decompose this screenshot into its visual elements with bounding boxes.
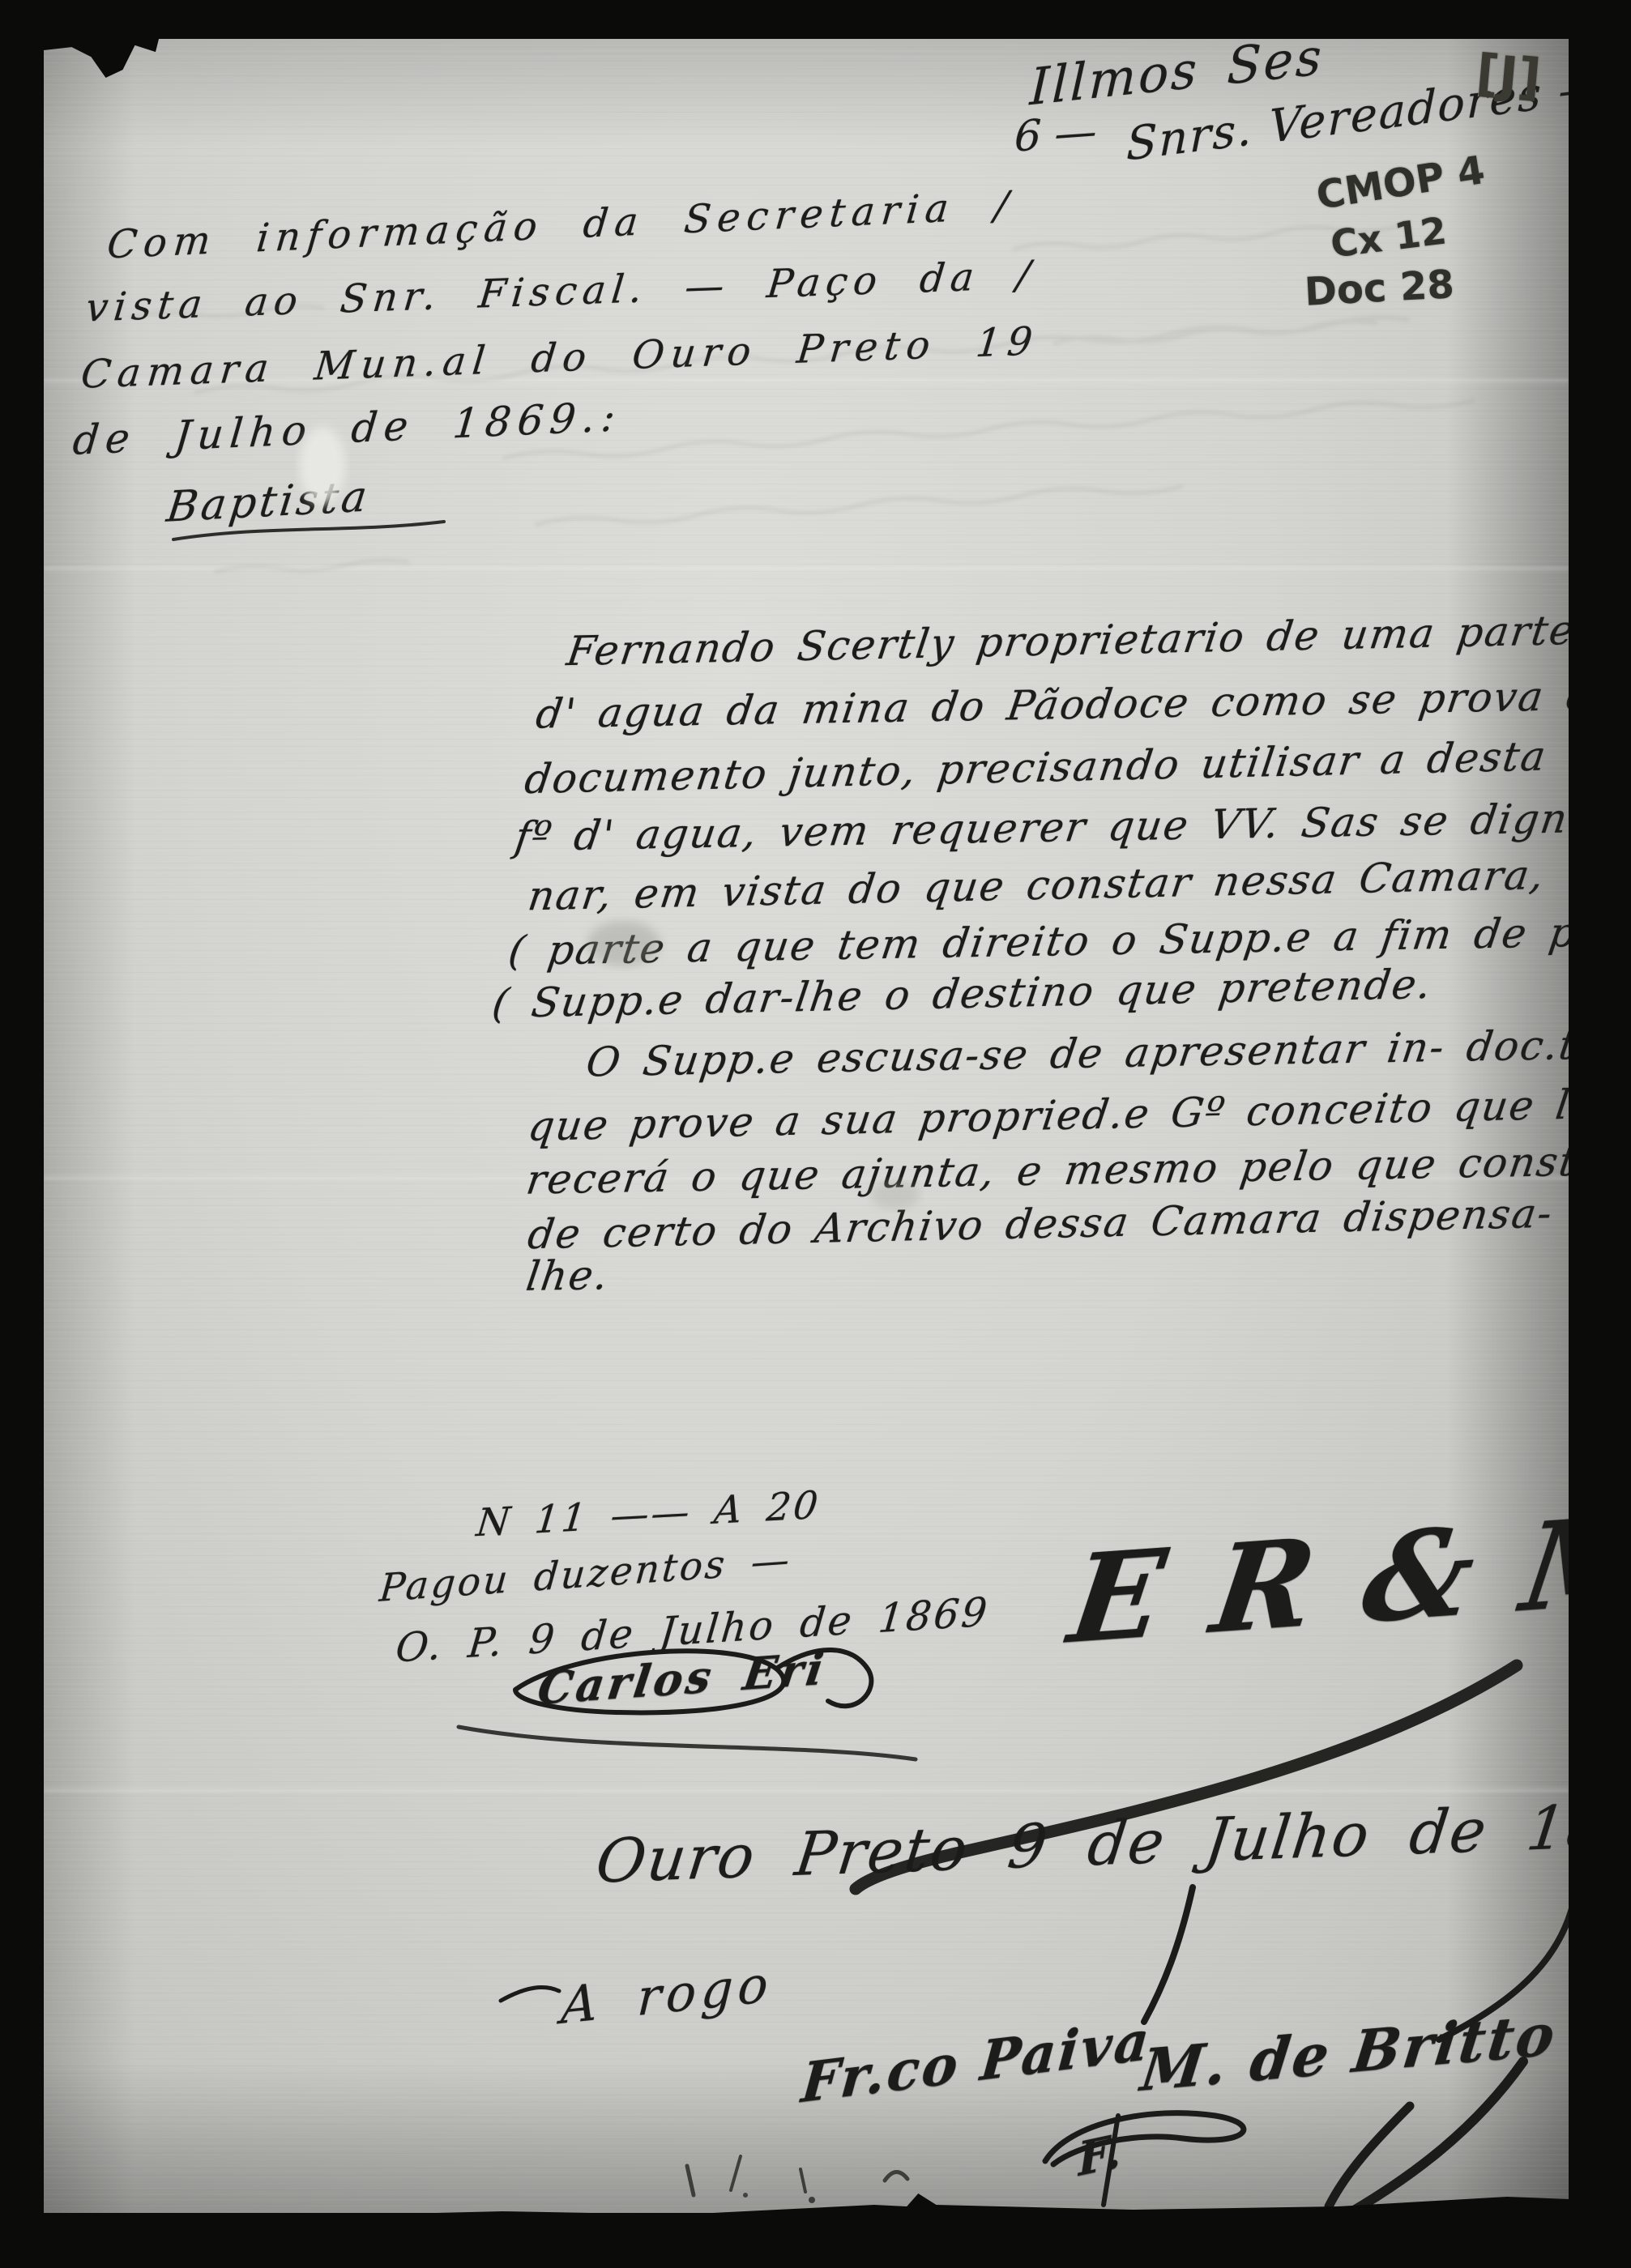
archive-stamp-doc: Doc 28 — [1304, 262, 1455, 315]
bracket-annotation: [J] — [1474, 43, 1543, 108]
scanned-document-page: Illmos Ses 6 — Snrs. Vereadores — [J] CM… — [0, 0, 1631, 2268]
signature-rubric: F. — [1077, 2124, 1121, 2187]
scan-streak — [44, 1788, 1569, 1792]
scan-border-left — [0, 0, 44, 2268]
page-number-mark: 6 — — [1014, 107, 1097, 161]
scan-streak — [44, 567, 1569, 570]
body-line-12: lhe. — [523, 1251, 613, 1300]
scan-border-top — [0, 0, 1631, 39]
scan-border-right — [1569, 0, 1631, 2268]
